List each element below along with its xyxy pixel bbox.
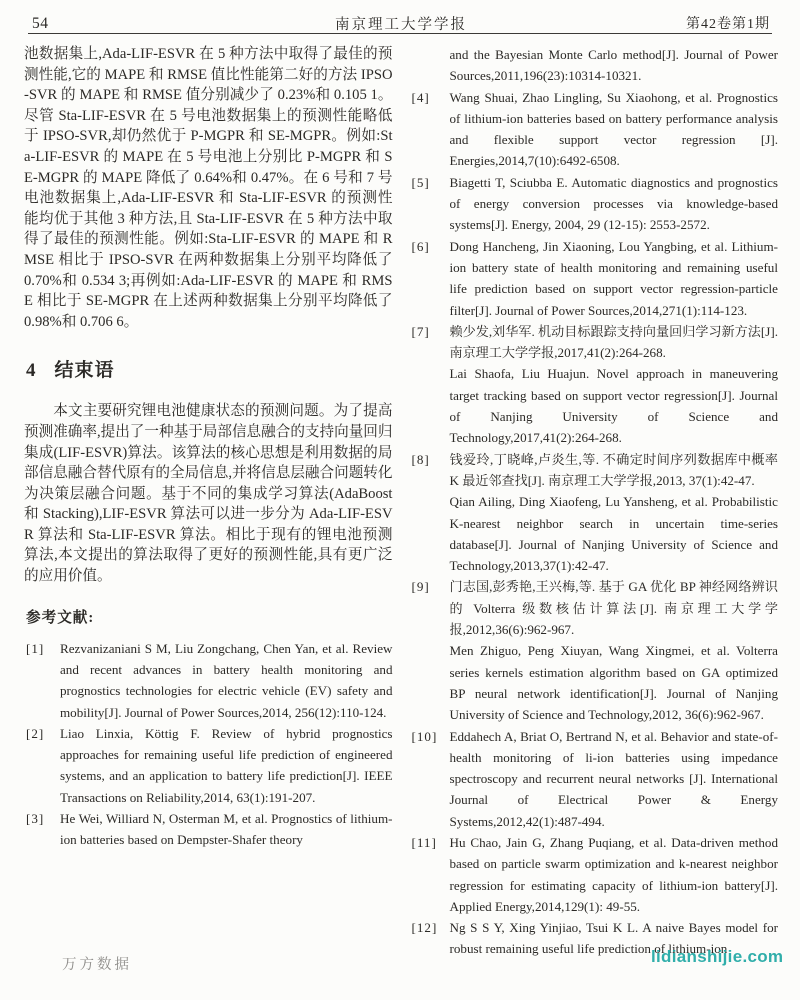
- reference-item: [3] He Wei, Williard N, Osterman M, et a…: [24, 808, 393, 851]
- reference-text: 门志国,彭秀艳,王兴梅,等. 基于 GA 优化 BP 神经网络辨识的 Volte…: [450, 576, 779, 640]
- header-divider: [28, 33, 772, 34]
- journal-title: 南京理工大学学报: [335, 13, 467, 34]
- reference-text: Qian Ailing, Ding Xiaofeng, Lu Yansheng,…: [450, 491, 779, 576]
- reference-text: He Wei, Williard N, Osterman M, et al. P…: [60, 808, 393, 851]
- lidianshijie-watermark: lidianshijie.com: [651, 947, 783, 967]
- reference-item: [10] Eddahech A, Briat O, Bertrand N, et…: [410, 726, 779, 832]
- reference-text: Eddahech A, Briat O, Bertrand N, et al. …: [450, 726, 779, 832]
- reference-text: Liao Linxia, Köttig F. Review of hybrid …: [60, 723, 393, 808]
- reference-label: [5]: [412, 172, 430, 193]
- reference-label: [11]: [412, 832, 437, 853]
- reference-label: [7]: [412, 321, 430, 342]
- reference-item: [11] Hu Chao, Jain G, Zhang Puqiang, et …: [410, 832, 779, 917]
- reference-item: [6] Dong Hancheng, Jin Xiaoning, Lou Yan…: [410, 236, 779, 321]
- references-heading: 参考文献:: [26, 606, 393, 627]
- reference-text: Hu Chao, Jain G, Zhang Puqiang, et al. D…: [450, 832, 779, 917]
- reference-3-continuation: and the Bayesian Monte Carlo method[J]. …: [410, 44, 779, 87]
- reference-text: Dong Hancheng, Jin Xiaoning, Lou Yangbin…: [450, 236, 779, 321]
- reference-label: [3]: [26, 808, 44, 829]
- page-header: 54 南京理工大学学报 第42卷第1期: [32, 13, 770, 33]
- section-number: 4: [26, 360, 37, 382]
- right-column: and the Bayesian Monte Carlo method[J]. …: [410, 44, 779, 960]
- reference-item: [7] 赖少发,刘华军. 机动目标跟踪支持向量回归学习新方法[J]. 南京理工大…: [410, 321, 779, 449]
- reference-text: Biagetti T, Sciubba E. Automatic diagnos…: [450, 172, 779, 236]
- reference-text: Wang Shuai, Zhao Lingling, Su Xiaohong, …: [450, 87, 779, 172]
- reference-item: [2] Liao Linxia, Köttig F. Review of hyb…: [24, 723, 393, 808]
- reference-item: [1] Rezvanizaniani S M, Liu Zongchang, C…: [24, 638, 393, 723]
- reference-item: [9] 门志国,彭秀艳,王兴梅,等. 基于 GA 优化 BP 神经网络辨识的 V…: [410, 576, 779, 725]
- reference-label: [9]: [412, 576, 430, 597]
- reference-label: [8]: [412, 449, 430, 470]
- reference-label: [12]: [412, 917, 438, 938]
- reference-label: [1]: [26, 638, 44, 659]
- body-paragraph-continuation: 池数据集上,Ada-LIF-ESVR 在 5 种方法中取得了最佳的预测性能,它的…: [24, 44, 393, 332]
- section-heading: 4 结束语: [26, 355, 393, 382]
- reference-label: [4]: [412, 87, 430, 108]
- reference-label: [10]: [412, 726, 438, 747]
- paper-page: 54 南京理工大学学报 第42卷第1期 池数据集上,Ada-LIF-ESVR 在…: [0, 0, 800, 1000]
- reference-item: [4] Wang Shuai, Zhao Lingling, Su Xiaoho…: [410, 87, 779, 172]
- left-column: 池数据集上,Ada-LIF-ESVR 在 5 种方法中取得了最佳的预测性能,它的…: [24, 44, 393, 960]
- reference-text: 钱爱玲,丁晓峰,卢炎生,等. 不确定时间序列数据库中概率 K 最近邻查找[J].…: [450, 449, 779, 492]
- section-title: 结束语: [55, 355, 115, 382]
- reference-label: [2]: [26, 723, 44, 744]
- two-column-body: 池数据集上,Ada-LIF-ESVR 在 5 种方法中取得了最佳的预测性能,它的…: [24, 44, 778, 960]
- reference-text: Rezvanizaniani S M, Liu Zongchang, Chen …: [60, 638, 393, 723]
- reference-text: Men Zhiguo, Peng Xiuyan, Wang Xingmei, e…: [450, 640, 779, 725]
- reference-item: [8] 钱爱玲,丁晓峰,卢炎生,等. 不确定时间序列数据库中概率 K 最近邻查找…: [410, 449, 779, 577]
- wanfang-watermark: 万方数据: [62, 953, 132, 974]
- reference-text: 赖少发,刘华军. 机动目标跟踪支持向量回归学习新方法[J]. 南京理工大学学报,…: [450, 321, 779, 364]
- reference-text: Lai Shaofa, Liu Huajun. Novel approach i…: [450, 363, 779, 448]
- reference-label: [6]: [412, 236, 430, 257]
- reference-item: [5] Biagetti T, Sciubba E. Automatic dia…: [410, 172, 779, 236]
- conclusion-paragraph: 本文主要研究锂电池健康状态的预测问题。为了提高预测准确率,提出了一种基于局部信息…: [24, 401, 393, 586]
- reference-list-left: [1] Rezvanizaniani S M, Liu Zongchang, C…: [24, 638, 393, 851]
- page-number: 54: [32, 15, 49, 33]
- reference-list-right: [4] Wang Shuai, Zhao Lingling, Su Xiaoho…: [410, 87, 779, 960]
- volume-issue: 第42卷第1期: [686, 13, 770, 33]
